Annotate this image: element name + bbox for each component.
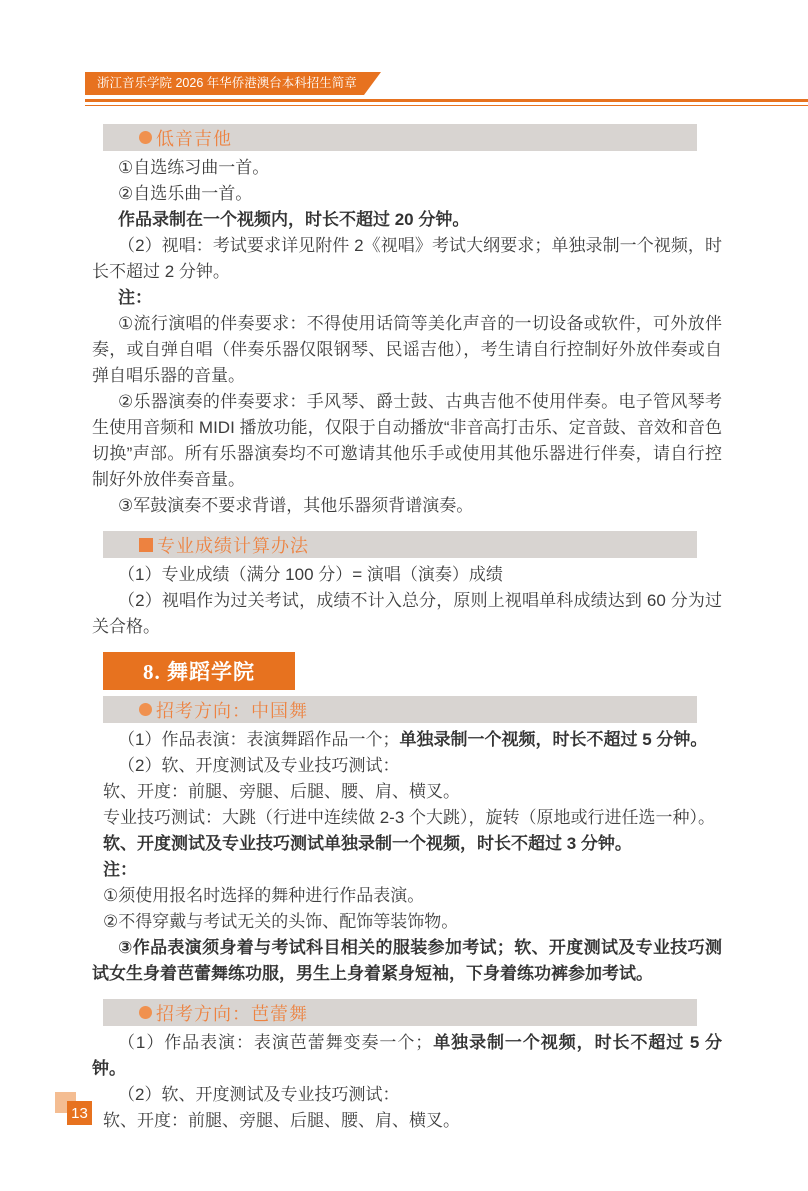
text-segment: 作品录制在一个视频内，时长不超过 20 分钟。 xyxy=(118,210,469,229)
paragraph: ③作品表演须身着与考试科目相关的服装参加考试；软、开度测试及专业技巧测试女生身着… xyxy=(92,935,722,987)
paragraph: 软、开度：前腿、旁腿、后腿、腰、肩、横叉。 xyxy=(92,1108,722,1134)
chapter-banner: 8. 舞蹈学院 xyxy=(103,652,295,690)
paragraph: ①流行演唱的伴奏要求：不得使用话筒等美化声音的一切设备或软件，可外放伴奏，或自弹… xyxy=(92,311,722,389)
text-segment: ①自选练习曲一首。 xyxy=(118,158,269,177)
page-number: 13 xyxy=(71,1105,88,1122)
text-segment: （2）软、开度测试及专业技巧测试： xyxy=(118,756,399,775)
paragraph: 注： xyxy=(92,857,722,883)
section-title: 低音吉他 xyxy=(156,125,232,151)
text-segment: ①流行演唱的伴奏要求：不得使用话筒等美化声音的一切设备或软件，可外放伴奏，或自弹… xyxy=(92,314,722,385)
section-header-bar: 招考方向：芭蕾舞 xyxy=(103,999,697,1026)
circle-bullet-icon xyxy=(139,1006,152,1019)
section-header-bar: 招考方向：中国舞 xyxy=(103,696,697,723)
paragraph: ②乐器演奏的伴奏要求：手风琴、爵士鼓、古典吉他不使用伴奏。电子管风琴考生使用音频… xyxy=(92,389,722,493)
chapter-title: 8. 舞蹈学院 xyxy=(143,656,255,686)
text-segment: ②自选乐曲一首。 xyxy=(118,184,252,203)
text-segment: ②乐器演奏的伴奏要求：手风琴、爵士鼓、古典吉他不使用伴奏。电子管风琴考生使用音频… xyxy=(92,392,722,489)
text-segment: 单独录制一个视频，时长不超过 5 分钟。 xyxy=(399,730,707,749)
paragraph: 软、开度：前腿、旁腿、后腿、腰、肩、横叉。 xyxy=(92,779,722,805)
text-segment: （1）作品表演：表演舞蹈作品一个； xyxy=(118,730,399,749)
header-banner-title: 浙江音乐学院 2026 年华侨港澳台本科招生简章 xyxy=(97,76,357,90)
section-title: 招考方向：中国舞 xyxy=(156,697,308,723)
text-segment: （1）专业成绩（满分 100 分）= 演唱（演奏）成绩 xyxy=(118,565,503,584)
document-body: 低音吉他①自选练习曲一首。②自选乐曲一首。作品录制在一个视频内，时长不超过 20… xyxy=(92,120,722,1134)
paragraph: （1）作品表演：表演舞蹈作品一个；单独录制一个视频，时长不超过 5 分钟。 xyxy=(92,727,722,753)
paragraph: （1）专业成绩（满分 100 分）= 演唱（演奏）成绩 xyxy=(92,562,722,588)
text-segment: 软、开度测试及专业技巧测试单独录制一个视频，时长不超过 3 分钟。 xyxy=(103,834,632,853)
text-segment: 专业技巧测试：大跳（行进中连续做 2-3 个大跳），旋转（原地或行进任选一种）。 xyxy=(103,808,715,827)
paragraph: （2）视唱：考试要求详见附件 2《视唱》考试大纲要求；单独录制一个视频，时长不超… xyxy=(92,233,722,285)
paragraph: 软、开度测试及专业技巧测试单独录制一个视频，时长不超过 3 分钟。 xyxy=(92,831,722,857)
section-header-bar: 专业成绩计算办法 xyxy=(103,531,697,558)
paragraph: ①自选练习曲一首。 xyxy=(92,155,722,181)
section-title: 招考方向：芭蕾舞 xyxy=(156,1000,308,1026)
text-segment: 注： xyxy=(118,288,152,307)
text-segment: （2）软、开度测试及专业技巧测试： xyxy=(118,1085,399,1104)
text-segment: 注： xyxy=(103,860,137,879)
circle-bullet-icon xyxy=(139,703,152,716)
header-rule-thin xyxy=(85,105,808,107)
text-segment: 软、开度：前腿、旁腿、后腿、腰、肩、横叉。 xyxy=(103,782,460,801)
paragraph: （1）作品表演：表演芭蕾舞变奏一个；单独录制一个视频，时长不超过 5 分钟。 xyxy=(92,1030,722,1082)
paragraph: ①须使用报名时选择的舞种进行作品表演。 xyxy=(92,883,722,909)
paragraph: （2）视唱作为过关考试，成绩不计入总分，原则上视唱单科成绩达到 60 分为过关合… xyxy=(92,588,722,640)
page-number-badge: 13 xyxy=(67,1101,92,1125)
text-segment: ③作品表演须身着与考试科目相关的服装参加考试；软、开度测试及专业技巧测试女生身着… xyxy=(92,938,722,983)
text-segment: 软、开度：前腿、旁腿、后腿、腰、肩、横叉。 xyxy=(103,1111,460,1130)
text-segment: （2）视唱作为过关考试，成绩不计入总分，原则上视唱单科成绩达到 60 分为过关合… xyxy=(92,591,722,636)
section-header-bar: 低音吉他 xyxy=(103,124,697,151)
paragraph: 作品录制在一个视频内，时长不超过 20 分钟。 xyxy=(92,207,722,233)
text-segment: ①须使用报名时选择的舞种进行作品表演。 xyxy=(103,886,424,905)
paragraph: （2）软、开度测试及专业技巧测试： xyxy=(92,753,722,779)
paragraph: ③军鼓演奏不要求背谱，其他乐器须背谱演奏。 xyxy=(92,493,722,519)
paragraph: ②不得穿戴与考试无关的头饰、配饰等装饰物。 xyxy=(92,909,722,935)
circle-bullet-icon xyxy=(139,131,152,144)
document-page: { "page": { "header": { "banner_title": … xyxy=(0,0,808,1191)
section-title: 专业成绩计算办法 xyxy=(157,532,309,558)
paragraph: ②自选乐曲一首。 xyxy=(92,181,722,207)
paragraph: 专业技巧测试：大跳（行进中连续做 2-3 个大跳），旋转（原地或行进任选一种）。 xyxy=(92,805,722,831)
text-segment: ③军鼓演奏不要求背谱，其他乐器须背谱演奏。 xyxy=(118,496,473,515)
square-bullet-icon xyxy=(139,538,153,552)
paragraph: （2）软、开度测试及专业技巧测试： xyxy=(92,1082,722,1108)
header-banner: 浙江音乐学院 2026 年华侨港澳台本科招生简章 xyxy=(85,72,381,95)
header-rule-thick xyxy=(85,99,808,102)
text-segment: （2）视唱：考试要求详见附件 2《视唱》考试大纲要求；单独录制一个视频，时长不超… xyxy=(92,236,722,281)
paragraph: 注： xyxy=(92,285,722,311)
text-segment: （1）作品表演：表演芭蕾舞变奏一个； xyxy=(118,1033,432,1052)
text-segment: ②不得穿戴与考试无关的头饰、配饰等装饰物。 xyxy=(103,912,458,931)
